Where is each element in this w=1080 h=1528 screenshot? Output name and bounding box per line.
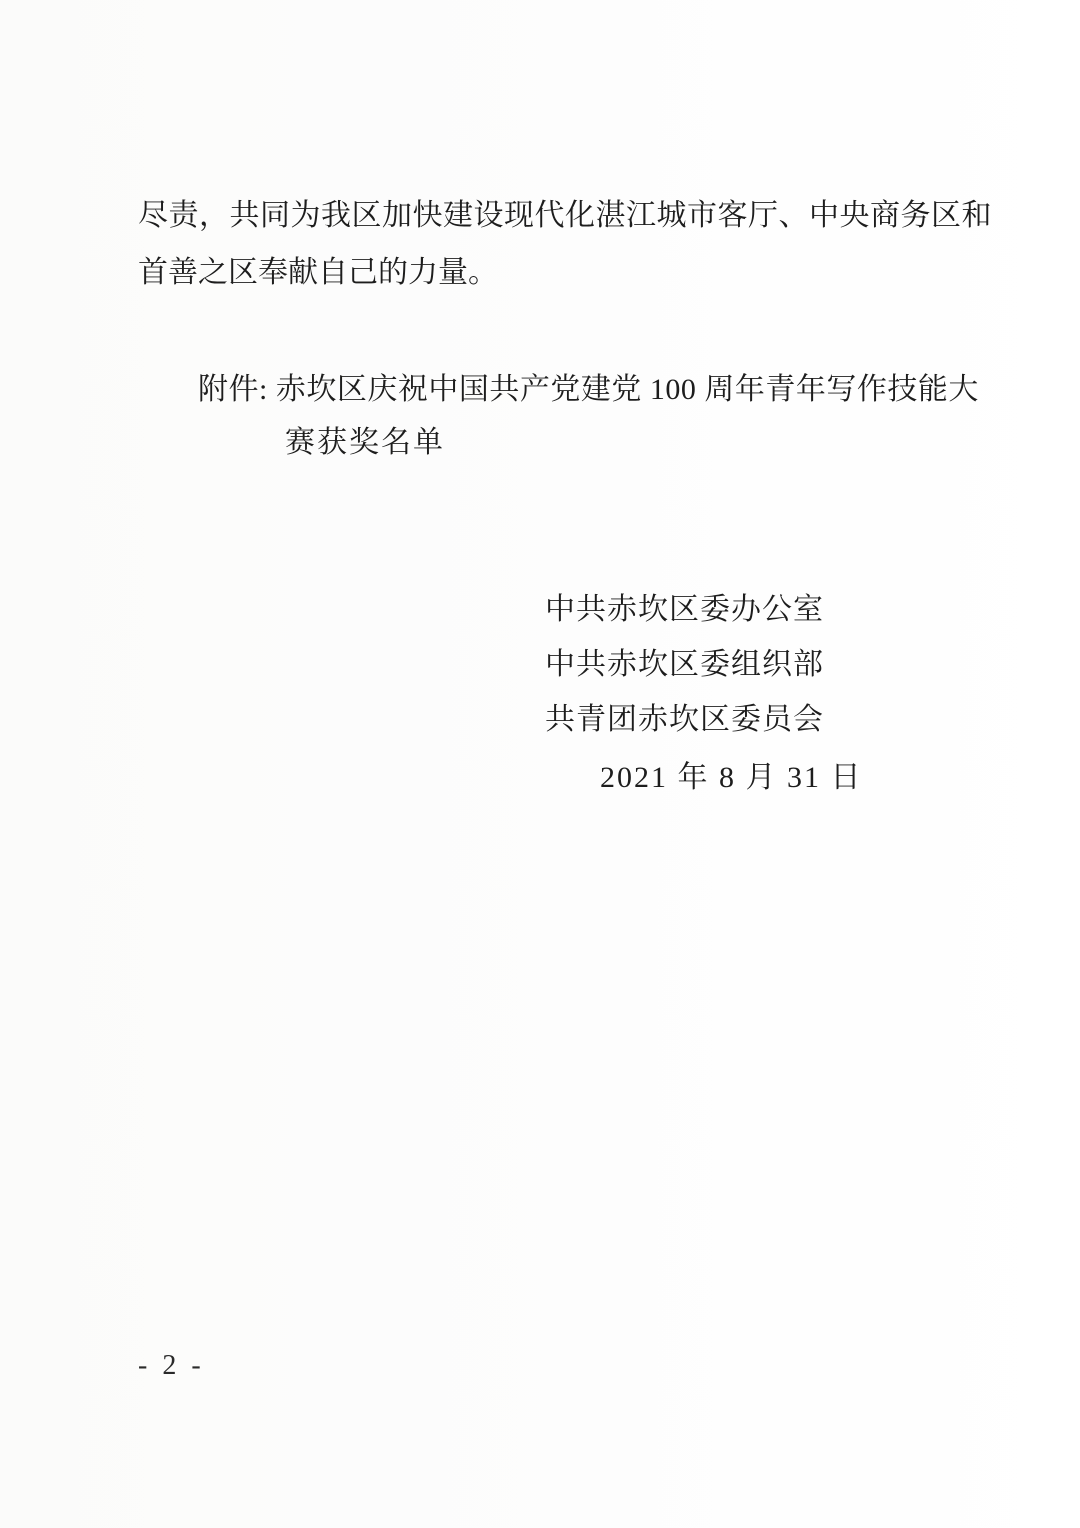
attachment-title-part-2: 赛获奖名单 (285, 425, 445, 461)
attachment-label: 附件: (198, 373, 268, 406)
document-page: 尽责，共同为我区加快建设现代化湛江城市客厅、中央商务区和 首善之区奉献自己的力量… (0, 0, 1080, 1528)
signature-org-1: 中共赤坎区委办公室 (545, 592, 824, 628)
document-date: 2021 年 8 月 31 日 (600, 760, 863, 796)
body-paragraph-line-1: 尽责，共同为我区加快建设现代化湛江城市客厅、中央商务区和 (138, 198, 958, 234)
attachment-title-part-1: 赤坎区庆祝中国共产党建党 100 周年青年写作技能大 (268, 373, 979, 406)
signature-org-2: 中共赤坎区委组织部 (545, 647, 824, 683)
signature-org-3: 共青团赤坎区委员会 (545, 702, 824, 738)
attachment-line-1: 附件: 赤坎区庆祝中国共产党建党 100 周年青年写作技能大 (198, 372, 979, 408)
page-number: - 2 - (138, 1350, 205, 1382)
body-paragraph-line-2: 首善之区奉献自己的力量。 (138, 255, 498, 291)
